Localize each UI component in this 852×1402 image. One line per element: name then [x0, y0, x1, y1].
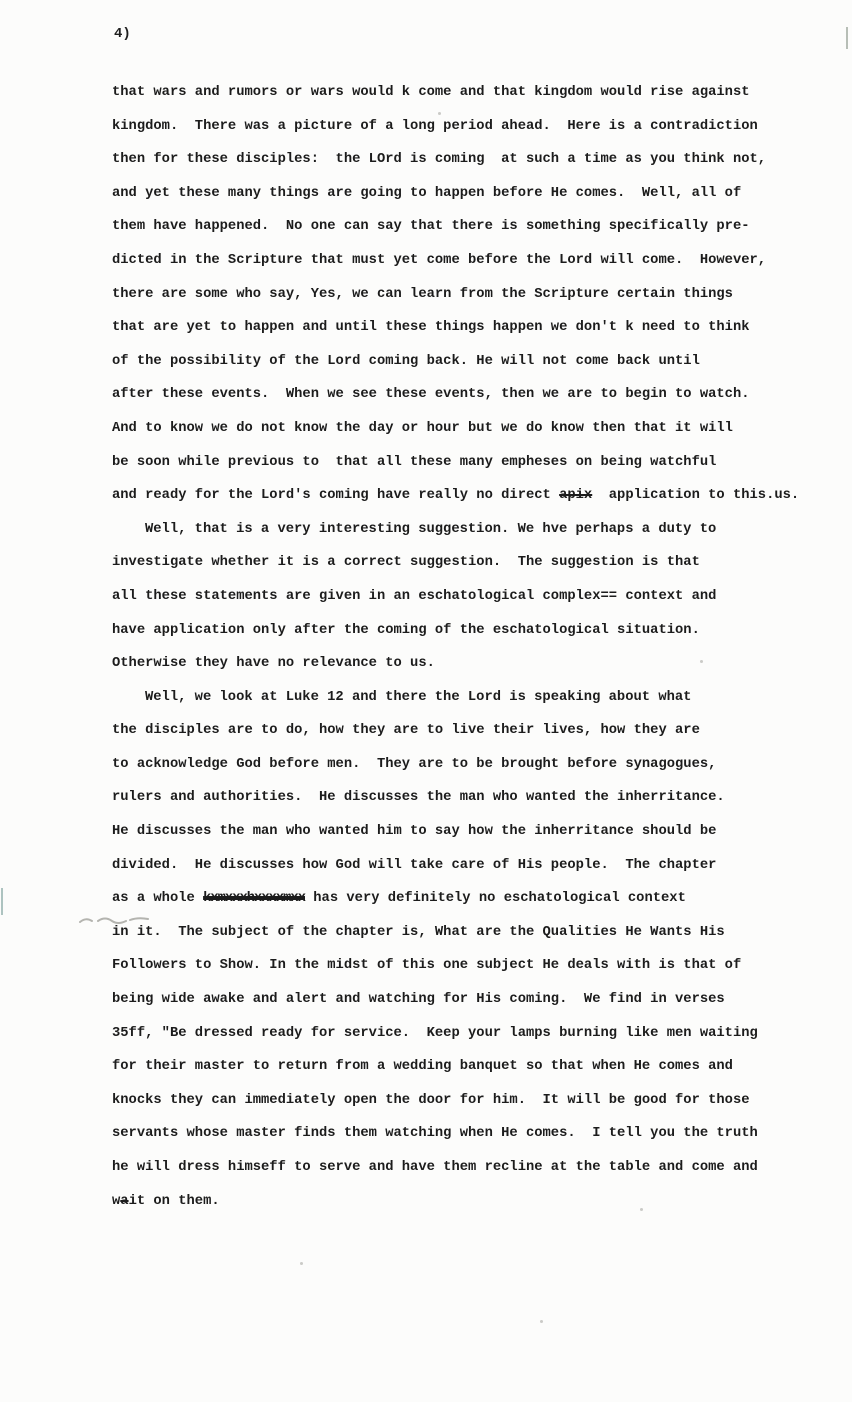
text-line: there are some who say, Yes, we can lear… — [112, 278, 832, 312]
text-line: kingdom. There was a picture of a long p… — [112, 110, 832, 144]
text-line: Well, we look at Luke 12 and there the L… — [112, 681, 832, 715]
text-segment: he will dress himseff to serve and have … — [112, 1160, 758, 1175]
text-line: investigate whether it is a correct sugg… — [112, 546, 832, 580]
text-segment: for their master to return from a weddin… — [112, 1059, 733, 1074]
struck-text: apix — [559, 488, 592, 503]
text-segment: that are yet to happen and until these t… — [112, 320, 750, 335]
text-segment: investigate whether it is a correct sugg… — [112, 555, 700, 570]
text-line: then for these disciples: the LOrd is co… — [112, 143, 832, 177]
text-segment: there are some who say, Yes, we can lear… — [112, 287, 733, 302]
scan-mark-right-edge — [846, 27, 848, 49]
text-segment: kingdom. There was a picture of a long p… — [112, 119, 758, 134]
scan-speck — [300, 1262, 303, 1265]
text-line: And to know we do not know the day or ho… — [112, 412, 832, 446]
text-segment: them have happened. No one can say that … — [112, 219, 750, 234]
text-segment: it on them. — [129, 1194, 220, 1209]
text-line: rulers and authorities. He discusses the… — [112, 781, 832, 815]
struck-text: kxmxxxhxxxxmxx — [203, 891, 305, 906]
text-lines: that wars and rumors or wars would k com… — [112, 76, 832, 1218]
text-segment: Well, that is a very interesting suggest… — [145, 522, 716, 537]
text-line: that wars and rumors or wars would k com… — [112, 76, 832, 110]
text-line: be soon while previous to that all these… — [112, 446, 832, 480]
text-line: to acknowledge God before men. They are … — [112, 748, 832, 782]
text-line: in it. The subject of the chapter is, Wh… — [112, 916, 832, 950]
text-segment: 35ff, "Be dressed ready for service. Kee… — [112, 1026, 758, 1041]
text-line: Otherwise they have no relevance to us. — [112, 647, 832, 681]
text-line: dicted in the Scripture that must yet co… — [112, 244, 832, 278]
text-segment: application to this.us. — [592, 488, 799, 503]
text-segment: Followers to Show. In the midst of this … — [112, 958, 741, 973]
text-line: after these events. When we see these ev… — [112, 378, 832, 412]
text-segment: the disciples are to do, how they are to… — [112, 723, 700, 738]
text-segment: after these events. When we see these ev… — [112, 387, 750, 402]
text-segment: of the possibility of the Lord coming ba… — [112, 354, 700, 369]
text-segment: Well, we look at Luke 12 and there the L… — [145, 690, 691, 705]
text-segment: be soon while previous to that all these… — [112, 455, 716, 470]
text-segment: that wars and rumors or wars would k com… — [112, 85, 750, 100]
text-segment: Otherwise they have no relevance to us. — [112, 656, 435, 671]
text-line: wait on them. — [112, 1185, 832, 1219]
text-line: all these statements are given in an esc… — [112, 580, 832, 614]
text-line: he will dress himseff to serve and have … — [112, 1151, 832, 1185]
text-line: 35ff, "Be dressed ready for service. Kee… — [112, 1017, 832, 1051]
text-line: and ready for the Lord's coming have rea… — [112, 479, 832, 513]
text-line: that are yet to happen and until these t… — [112, 311, 832, 345]
text-segment: divided. He discusses how God will take … — [112, 858, 716, 873]
text-line: Well, that is a very interesting suggest… — [112, 513, 832, 547]
scan-speck — [540, 1320, 543, 1323]
text-line: have application only after the coming o… — [112, 614, 832, 648]
text-segment: in it. The subject of the chapter is, Wh… — [112, 925, 725, 940]
text-segment: and ready for the Lord's coming have rea… — [112, 488, 559, 503]
text-line: the disciples are to do, how they are to… — [112, 714, 832, 748]
text-segment: dicted in the Scripture that must yet co… — [112, 253, 766, 268]
text-line: and yet these many things are going to h… — [112, 177, 832, 211]
text-line: being wide awake and alert and watching … — [112, 983, 832, 1017]
text-segment: to acknowledge God before men. They are … — [112, 757, 716, 772]
text-segment: all these statements are given in an esc… — [112, 589, 716, 604]
text-line: of the possibility of the Lord coming ba… — [112, 345, 832, 379]
text-line: servants whose master finds them watchin… — [112, 1117, 832, 1151]
text-line: them have happened. No one can say that … — [112, 210, 832, 244]
text-segment: then for these disciples: the LOrd is co… — [112, 152, 766, 167]
text-segment: rulers and authorities. He discusses the… — [112, 790, 725, 805]
page-number: 4) — [114, 26, 131, 42]
text-segment: have application only after the coming o… — [112, 623, 700, 638]
text-line: divided. He discusses how God will take … — [112, 849, 832, 883]
text-segment: knocks they can immediately open the doo… — [112, 1093, 750, 1108]
text-line: for their master to return from a weddin… — [112, 1050, 832, 1084]
text-segment: as a whole — [112, 891, 203, 906]
text-line: knocks they can immediately open the doo… — [112, 1084, 832, 1118]
text-line: as a whole kxmxxxhxxxxmxx has very defin… — [112, 882, 832, 916]
text-segment: has very definitely no eschatological co… — [305, 891, 686, 906]
scan-mark-left-edge — [1, 888, 3, 915]
text-segment: being wide awake and alert and watching … — [112, 992, 725, 1007]
text-line: Followers to Show. In the midst of this … — [112, 949, 832, 983]
text-segment: And to know we do not know the day or ho… — [112, 421, 733, 436]
text-segment: and yet these many things are going to h… — [112, 186, 741, 201]
text-segment: He discusses the man who wanted him to s… — [112, 824, 716, 839]
document-page: 4) that wars and rumors or wars would k … — [0, 0, 852, 1402]
struck-text: a — [120, 1194, 128, 1209]
text-segment: servants whose master finds them watchin… — [112, 1126, 758, 1141]
text-line: He discusses the man who wanted him to s… — [112, 815, 832, 849]
